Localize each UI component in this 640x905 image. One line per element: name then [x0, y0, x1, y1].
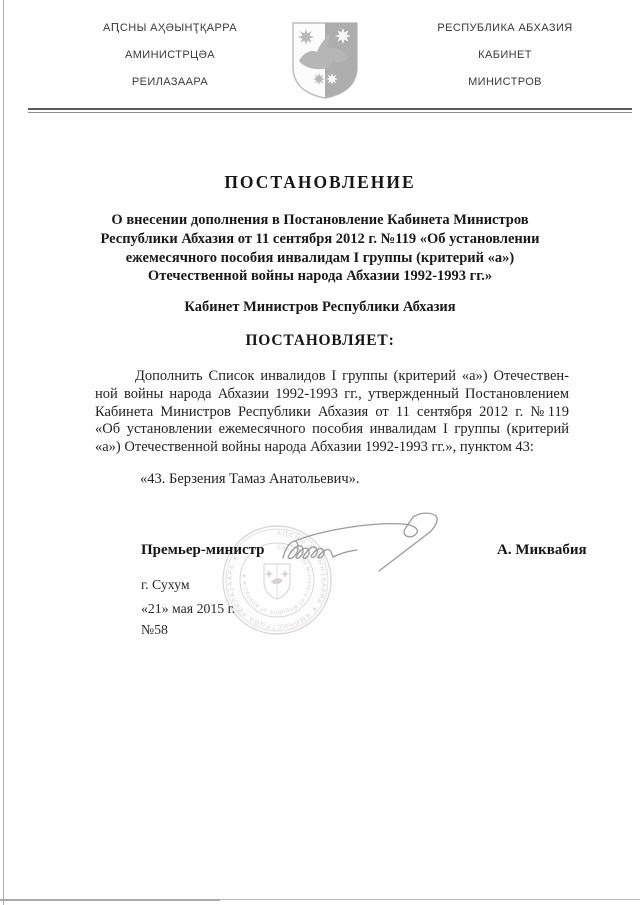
letterhead-divider-rule [28, 108, 632, 113]
body-line-5: «а») Отечественной войны народа Абхазии … [95, 439, 569, 457]
signer-name: А. Миквабия [497, 542, 587, 559]
document-type-title: ПОСТАНОВЛЕНИЕ [0, 172, 640, 193]
subject-line-2: Республики Абхазия от 11 сентября 2012 г… [70, 230, 570, 249]
issuance-city: г. Сухум [141, 577, 190, 593]
subject-line-4: Отечественной войны народа Абхазии 1992-… [70, 267, 570, 286]
scan-edge-bottom-dark [0, 899, 220, 901]
amendment-item: «43. Берзения Тамаз Анатольевич». [140, 471, 360, 488]
signer-position-title: Премьер-министр [141, 542, 265, 559]
enacting-word: ПОСТАНОВЛЯЕТ: [0, 332, 640, 350]
subject-line-1: О внесении дополнения в Постановление Ка… [70, 211, 570, 230]
org-left-line-3: РЕИЛАЗААРА [70, 69, 270, 96]
body-line-3: Кабинета Министров Республики Абхазия от… [95, 404, 569, 422]
body-line-4: «Об установлении ежемесячного пособия ин… [95, 421, 569, 439]
letterhead-org-left: АԤСНЫ АҲӘЫНҬҚАРРА АМИНИСТРЦӘА РЕИЛАЗААРА [70, 15, 270, 96]
org-left-line-1: АԤСНЫ АҲӘЫНҬҚАРРА [70, 15, 270, 42]
issuing-body: Кабинет Министров Республики Абхазия [0, 299, 640, 316]
scan-edge-left [3, 0, 4, 905]
subject-line-3: ежемесячного пособия инвалидам I группы … [70, 249, 570, 268]
body-line-2: ной войны народа Абхазии 1992-1993 гг., … [95, 386, 569, 404]
letterhead-org-right: РЕСПУБЛИКА АБХАЗИЯ КАБИНЕТ МИНИСТРОВ [405, 15, 605, 96]
org-right-line-3: МИНИСТРОВ [405, 69, 605, 96]
decree-document-page: АԤСНЫ АҲӘЫНҬҚАРРА АМИНИСТРЦӘА РЕИЛАЗААРА [0, 0, 640, 905]
issuance-date: «21» мая 2015 г. [141, 601, 235, 617]
org-right-line-2: КАБИНЕТ [405, 42, 605, 69]
org-left-line-2: АМИНИСТРЦӘА [70, 42, 270, 69]
decree-subject: О внесении дополнения в Постановление Ка… [70, 211, 570, 286]
decree-body-paragraph: Дополнить Список инвалидов I группы (кри… [95, 368, 569, 457]
org-right-line-1: РЕСПУБЛИКА АБХАЗИЯ [405, 15, 605, 42]
decree-number: №58 [141, 622, 168, 638]
handwritten-signature [265, 498, 465, 583]
coat-of-arms-emblem [291, 21, 359, 99]
body-line-1: Дополнить Список инвалидов I группы (кри… [95, 368, 569, 386]
